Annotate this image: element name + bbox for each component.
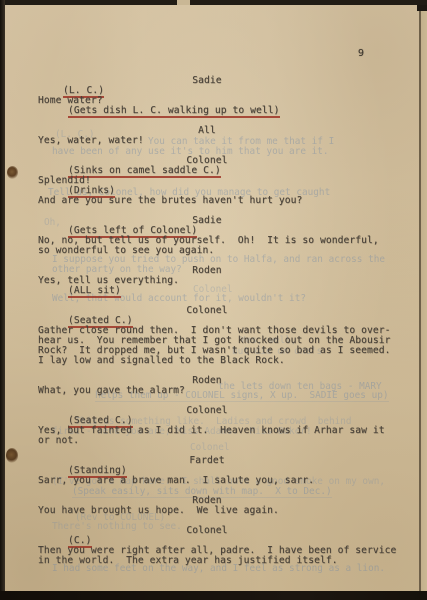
dialogue-line: Sarr, you are a brave man. I salute you,… — [38, 476, 392, 486]
dialogue-line: You have brought us hope. We live again. — [38, 506, 392, 516]
stage-direction: (ALL sit) — [38, 286, 392, 296]
adjacent-page-edge — [419, 6, 427, 592]
stage-direction: (Gets dish L. C. walking up to well) — [38, 106, 392, 116]
page-number: 9 — [358, 48, 364, 59]
script-text: Sadie (L. C.) Home water? (Gets dish L. … — [38, 76, 392, 566]
scan-border-bottom — [0, 591, 427, 600]
binding-hole-stain — [6, 448, 18, 463]
dialogue-line: I lay low and signalled to the Black Roc… — [38, 356, 392, 366]
dialogue-line: so wonderful to see you again. — [38, 246, 392, 256]
dialogue-line: What, you gave the alarm? — [38, 386, 392, 396]
stage-direction: (Sinks on camel saddle C.) — [38, 166, 392, 176]
stage-direction-text: (ALL sit) — [68, 285, 121, 298]
dialogue-line: And are you sure the brutes haven't hurt… — [38, 196, 392, 206]
dialogue-line: or not. — [38, 436, 392, 446]
script-page-scan: 9 (L. C.) You can take it from me that i… — [0, 0, 427, 600]
scan-border-notch — [177, 0, 190, 5]
scan-border-left — [0, 0, 5, 600]
dialogue-line: in the world. The extra year has justifi… — [38, 556, 392, 566]
scan-border-top — [0, 0, 427, 5]
dialogue-line: Yes, but fainted as I did it. Heaven kno… — [38, 426, 392, 436]
binding-hole-stain — [7, 166, 18, 179]
dialogue-line: Yes, water, water! — [38, 136, 392, 146]
stage-direction-text: (Gets dish L. C. walking up to well) — [68, 105, 280, 118]
